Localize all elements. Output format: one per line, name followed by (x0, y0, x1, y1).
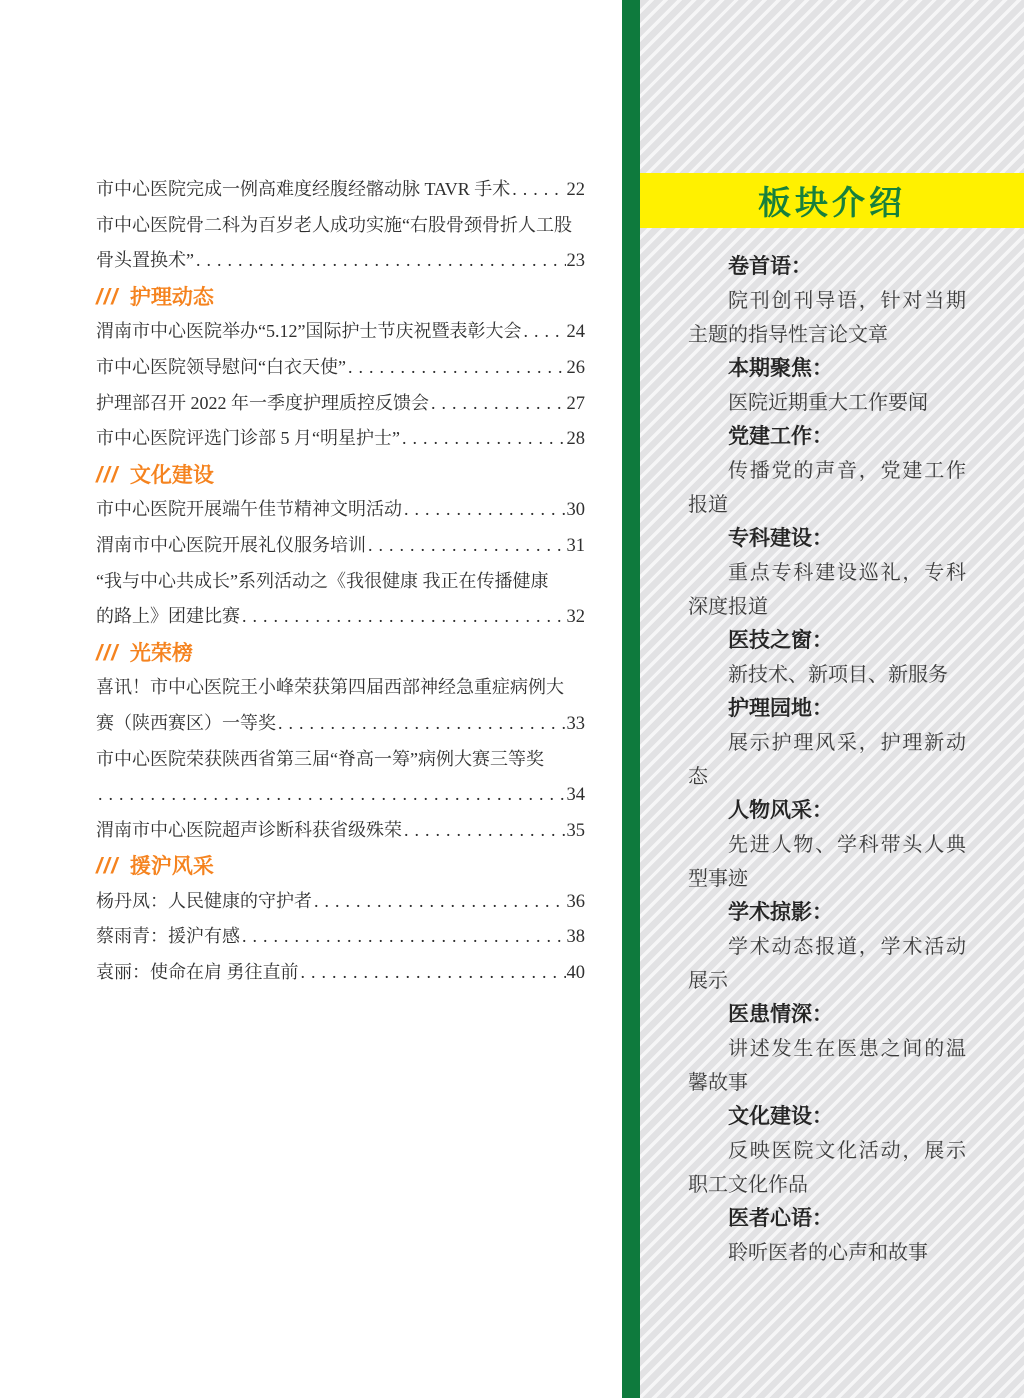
dot-leader: ........................................… (523, 314, 565, 350)
toc-entry-line: 市中心医院完成一例高难度经腹经髂动脉 TAVR 手术..............… (96, 172, 585, 208)
sidebar-section-item: 医者心语：聆听医者的心声和故事 (688, 1202, 966, 1270)
dot-leader-dots: ........................................… (301, 962, 566, 982)
dot-leader-dots: ........................................… (314, 891, 566, 911)
magazine-contents-page: 市中心医院完成一例高难度经腹经髂动脉 TAVR 手术..............… (0, 0, 1024, 1398)
page-number: 27 (566, 387, 586, 423)
toc-entry-title: 市中心医院开展端午佳节精神文明活动 (96, 492, 402, 528)
toc-section-header: ///援沪风采 (96, 848, 585, 884)
sidebar-section-description: 传播党的声音，党建工作报道 (688, 454, 966, 522)
toc-entry-title: 市中心医院完成一例高难度经腹经髂动脉 TAVR 手术 (96, 172, 510, 208)
sidebar-section-title: 本期聚焦： (688, 352, 966, 386)
toc-entry-line: 市中心医院领导慰问“白衣天使”.........................… (96, 350, 585, 386)
sidebar-section-description: 重点专科建设巡礼，专科深度报道 (688, 556, 966, 624)
sidebar-section-description: 聆听医者的心声和故事 (688, 1236, 966, 1270)
page-number: 30 (566, 493, 586, 529)
intro-sidebar: 板块介绍 卷首语：院刊创刊导语，针对当期主题的指导性言论文章本期聚焦：医院近期重… (640, 0, 1024, 1398)
toc-entry-line: 蔡雨青：援沪有感................................… (96, 919, 585, 955)
dot-leader: ........................................… (301, 955, 566, 991)
toc-entry-line: 赛（陕西赛区）一等奖..............................… (96, 706, 585, 742)
sidebar-section-title: 学术掠影： (688, 896, 966, 930)
dot-leader: ........................................… (368, 528, 566, 564)
page-number: 33 (566, 707, 586, 743)
dot-leader-dots: ........................................… (242, 926, 566, 946)
toc-section-label: 文化建设 (130, 458, 214, 494)
section-slashes-icon: /// (96, 848, 119, 884)
toc-entry-line: 市中心医院荣获陕西省第三届“脊高一筹”病例大赛三等奖 (96, 742, 585, 778)
page-number: 31 (566, 529, 586, 565)
toc-entry-title: “我与中心共成长”系列活动之《我很健康 我正在传播健康 (96, 564, 548, 600)
toc-entry-line: 护理部召开 2022 年一季度护理质控反馈会..................… (96, 386, 585, 422)
toc-entry-title: 渭南市中心医院举办“5.12”国际护士节庆祝暨表彰大会 (96, 314, 521, 350)
toc-entry-title: 杨丹凤：人民健康的守护者 (96, 884, 312, 920)
sidebar-section-title: 专科建设： (688, 522, 966, 556)
dot-leader-dots: ........................................… (98, 784, 566, 804)
dot-leader: ........................................… (242, 599, 566, 635)
toc-entry-title: 市中心医院骨二科为百岁老人成功实施“右股骨颈骨折人工股 (96, 208, 572, 244)
page-number: 34 (566, 778, 586, 814)
sidebar-section-item: 学术掠影：学术动态报道，学术活动展示 (688, 896, 966, 998)
toc-entry-title: 的路上》团建比赛 (96, 599, 240, 635)
sidebar-section-title: 医技之窗： (688, 624, 966, 658)
dot-leader-dots: ........................................… (523, 321, 565, 341)
table-of-contents: 市中心医院完成一例高难度经腹经髂动脉 TAVR 手术..............… (96, 172, 585, 991)
dot-leader: ........................................… (314, 884, 566, 920)
toc-entry-line: 渭南市中心医院举办“5.12”国际护士节庆祝暨表彰大会.............… (96, 314, 585, 350)
page-number: 26 (566, 351, 586, 387)
toc-entry-title: 喜讯！市中心医院王小峰荣获第四届西部神经急重症病例大 (96, 670, 564, 706)
sidebar-section-title: 党建工作： (688, 420, 966, 454)
toc-entry-title: 骨头置换术” (96, 243, 194, 279)
sidebar-section-description: 先进人物、学科带头人典型事迹 (688, 828, 966, 896)
dot-leader-dots: ........................................… (196, 250, 566, 270)
page-number: 22 (566, 173, 586, 209)
dot-leader: ........................................… (431, 386, 566, 422)
sidebar-accent-bar (622, 0, 640, 1398)
dot-leader-dots: ........................................… (402, 428, 566, 448)
dot-leader-dots: ........................................… (368, 535, 566, 555)
toc-section-label: 援沪风采 (130, 849, 214, 885)
sidebar-section-description: 医院近期重大工作要闻 (688, 386, 966, 420)
dot-leader-dots: ........................................… (404, 820, 566, 840)
dot-leader-dots: ........................................… (242, 606, 566, 626)
section-slashes-icon: /// (96, 635, 119, 671)
dot-leader: ........................................… (402, 421, 566, 457)
sidebar-section-title: 医者心语： (688, 1202, 966, 1236)
sidebar-section-list: 卷首语：院刊创刊导语，针对当期主题的指导性言论文章本期聚焦：医院近期重大工作要闻… (688, 250, 966, 1270)
section-slashes-icon: /// (96, 279, 119, 315)
sidebar-section-title: 卷首语： (688, 250, 966, 284)
sidebar-section-item: 人物风采：先进人物、学科带头人典型事迹 (688, 794, 966, 896)
toc-entry-line: 市中心医院开展端午佳节精神文明活动.......................… (96, 492, 585, 528)
page-number: 24 (566, 315, 586, 351)
toc-entry-title: 袁丽：使命在肩 勇往直前 (96, 955, 299, 991)
toc-entry-line: 的路上》团建比赛................................… (96, 599, 585, 635)
toc-entry-line: 骨头置换术”..................................… (96, 243, 585, 279)
sidebar-banner: 板块介绍 (640, 173, 1024, 228)
dot-leader-dots: ........................................… (431, 393, 566, 413)
dot-leader-dots: ........................................… (348, 357, 566, 377)
page-number: 36 (566, 885, 586, 921)
toc-entry-line: 袁丽：使命在肩 勇往直前............................… (96, 955, 585, 991)
page-number: 28 (566, 422, 586, 458)
toc-entry-title: 渭南市中心医院超声诊断科获省级殊荣 (96, 813, 402, 849)
toc-section-label: 光荣榜 (130, 636, 193, 672)
page-number: 32 (566, 600, 586, 636)
toc-entry-title: 渭南市中心医院开展礼仪服务培训 (96, 528, 366, 564)
toc-entry-line: 市中心医院评选门诊部 5 月“明星护士”....................… (96, 421, 585, 457)
sidebar-section-item: 专科建设：重点专科建设巡礼，专科深度报道 (688, 522, 966, 624)
sidebar-section-item: 党建工作：传播党的声音，党建工作报道 (688, 420, 966, 522)
dot-leader: ........................................… (348, 350, 566, 386)
sidebar-section-item: 文化建设：反映医院文化活动，展示职工文化作品 (688, 1100, 966, 1202)
toc-section-header: ///光荣榜 (96, 635, 585, 671)
toc-entry-line: ........................................… (96, 777, 585, 813)
toc-entry-line: “我与中心共成长”系列活动之《我很健康 我正在传播健康 (96, 564, 585, 600)
dot-leader: ........................................… (512, 172, 565, 208)
page-number: 35 (566, 814, 586, 850)
sidebar-section-item: 医患情深：讲述发生在医患之间的温馨故事 (688, 998, 966, 1100)
dot-leader: ........................................… (278, 706, 566, 742)
sidebar-section-title: 护理园地： (688, 692, 966, 726)
sidebar-section-item: 本期聚焦：医院近期重大工作要闻 (688, 352, 966, 420)
sidebar-section-title: 医患情深： (688, 998, 966, 1032)
sidebar-section-description: 反映医院文化活动，展示职工文化作品 (688, 1134, 966, 1202)
sidebar-section-item: 医技之窗：新技术、新项目、新服务 (688, 624, 966, 692)
toc-entry-title: 市中心医院评选门诊部 5 月“明星护士” (96, 421, 400, 457)
toc-entry-title: 护理部召开 2022 年一季度护理质控反馈会 (96, 386, 429, 422)
dot-leader-dots: ........................................… (512, 179, 565, 199)
toc-section-header: ///护理动态 (96, 279, 585, 315)
sidebar-section-item: 卷首语：院刊创刊导语，针对当期主题的指导性言论文章 (688, 250, 966, 352)
sidebar-section-item: 护理园地：展示护理风采，护理新动态 (688, 692, 966, 794)
toc-entry-line: 渭南市中心医院超声诊断科获省级殊荣.......................… (96, 813, 585, 849)
sidebar-banner-title: 板块介绍 (758, 177, 906, 224)
toc-entry-line: 喜讯！市中心医院王小峰荣获第四届西部神经急重症病例大 (96, 670, 585, 706)
toc-section-label: 护理动态 (130, 280, 214, 316)
sidebar-section-description: 展示护理风采，护理新动态 (688, 726, 966, 794)
dot-leader: ........................................… (98, 777, 566, 813)
toc-entry-line: 市中心医院骨二科为百岁老人成功实施“右股骨颈骨折人工股 (96, 208, 585, 244)
page-number: 40 (566, 956, 586, 992)
dot-leader-dots: ........................................… (278, 713, 566, 733)
toc-entry-line: 杨丹凤：人民健康的守护者............................… (96, 884, 585, 920)
sidebar-section-description: 学术动态报道，学术活动展示 (688, 930, 966, 998)
dot-leader: ........................................… (242, 919, 566, 955)
toc-entry-title: 市中心医院荣获陕西省第三届“脊高一筹”病例大赛三等奖 (96, 742, 544, 778)
sidebar-section-description: 院刊创刊导语，针对当期主题的指导性言论文章 (688, 284, 966, 352)
dot-leader: ........................................… (196, 243, 566, 279)
sidebar-section-title: 文化建设： (688, 1100, 966, 1134)
toc-section-header: ///文化建设 (96, 457, 585, 493)
dot-leader: ........................................… (404, 492, 566, 528)
toc-entry-title: 赛（陕西赛区）一等奖 (96, 706, 276, 742)
sidebar-section-description: 新技术、新项目、新服务 (688, 658, 966, 692)
toc-entry-line: 渭南市中心医院开展礼仪服务培训.........................… (96, 528, 585, 564)
page-number: 23 (566, 244, 586, 280)
page-number: 38 (566, 920, 586, 956)
toc-entry-title: 市中心医院领导慰问“白衣天使” (96, 350, 346, 386)
toc-entry-title: 蔡雨青：援沪有感 (96, 919, 240, 955)
dot-leader: ........................................… (404, 813, 566, 849)
dot-leader-dots: ........................................… (404, 499, 566, 519)
section-slashes-icon: /// (96, 457, 119, 493)
sidebar-section-description: 讲述发生在医患之间的温馨故事 (688, 1032, 966, 1100)
sidebar-section-title: 人物风采： (688, 794, 966, 828)
